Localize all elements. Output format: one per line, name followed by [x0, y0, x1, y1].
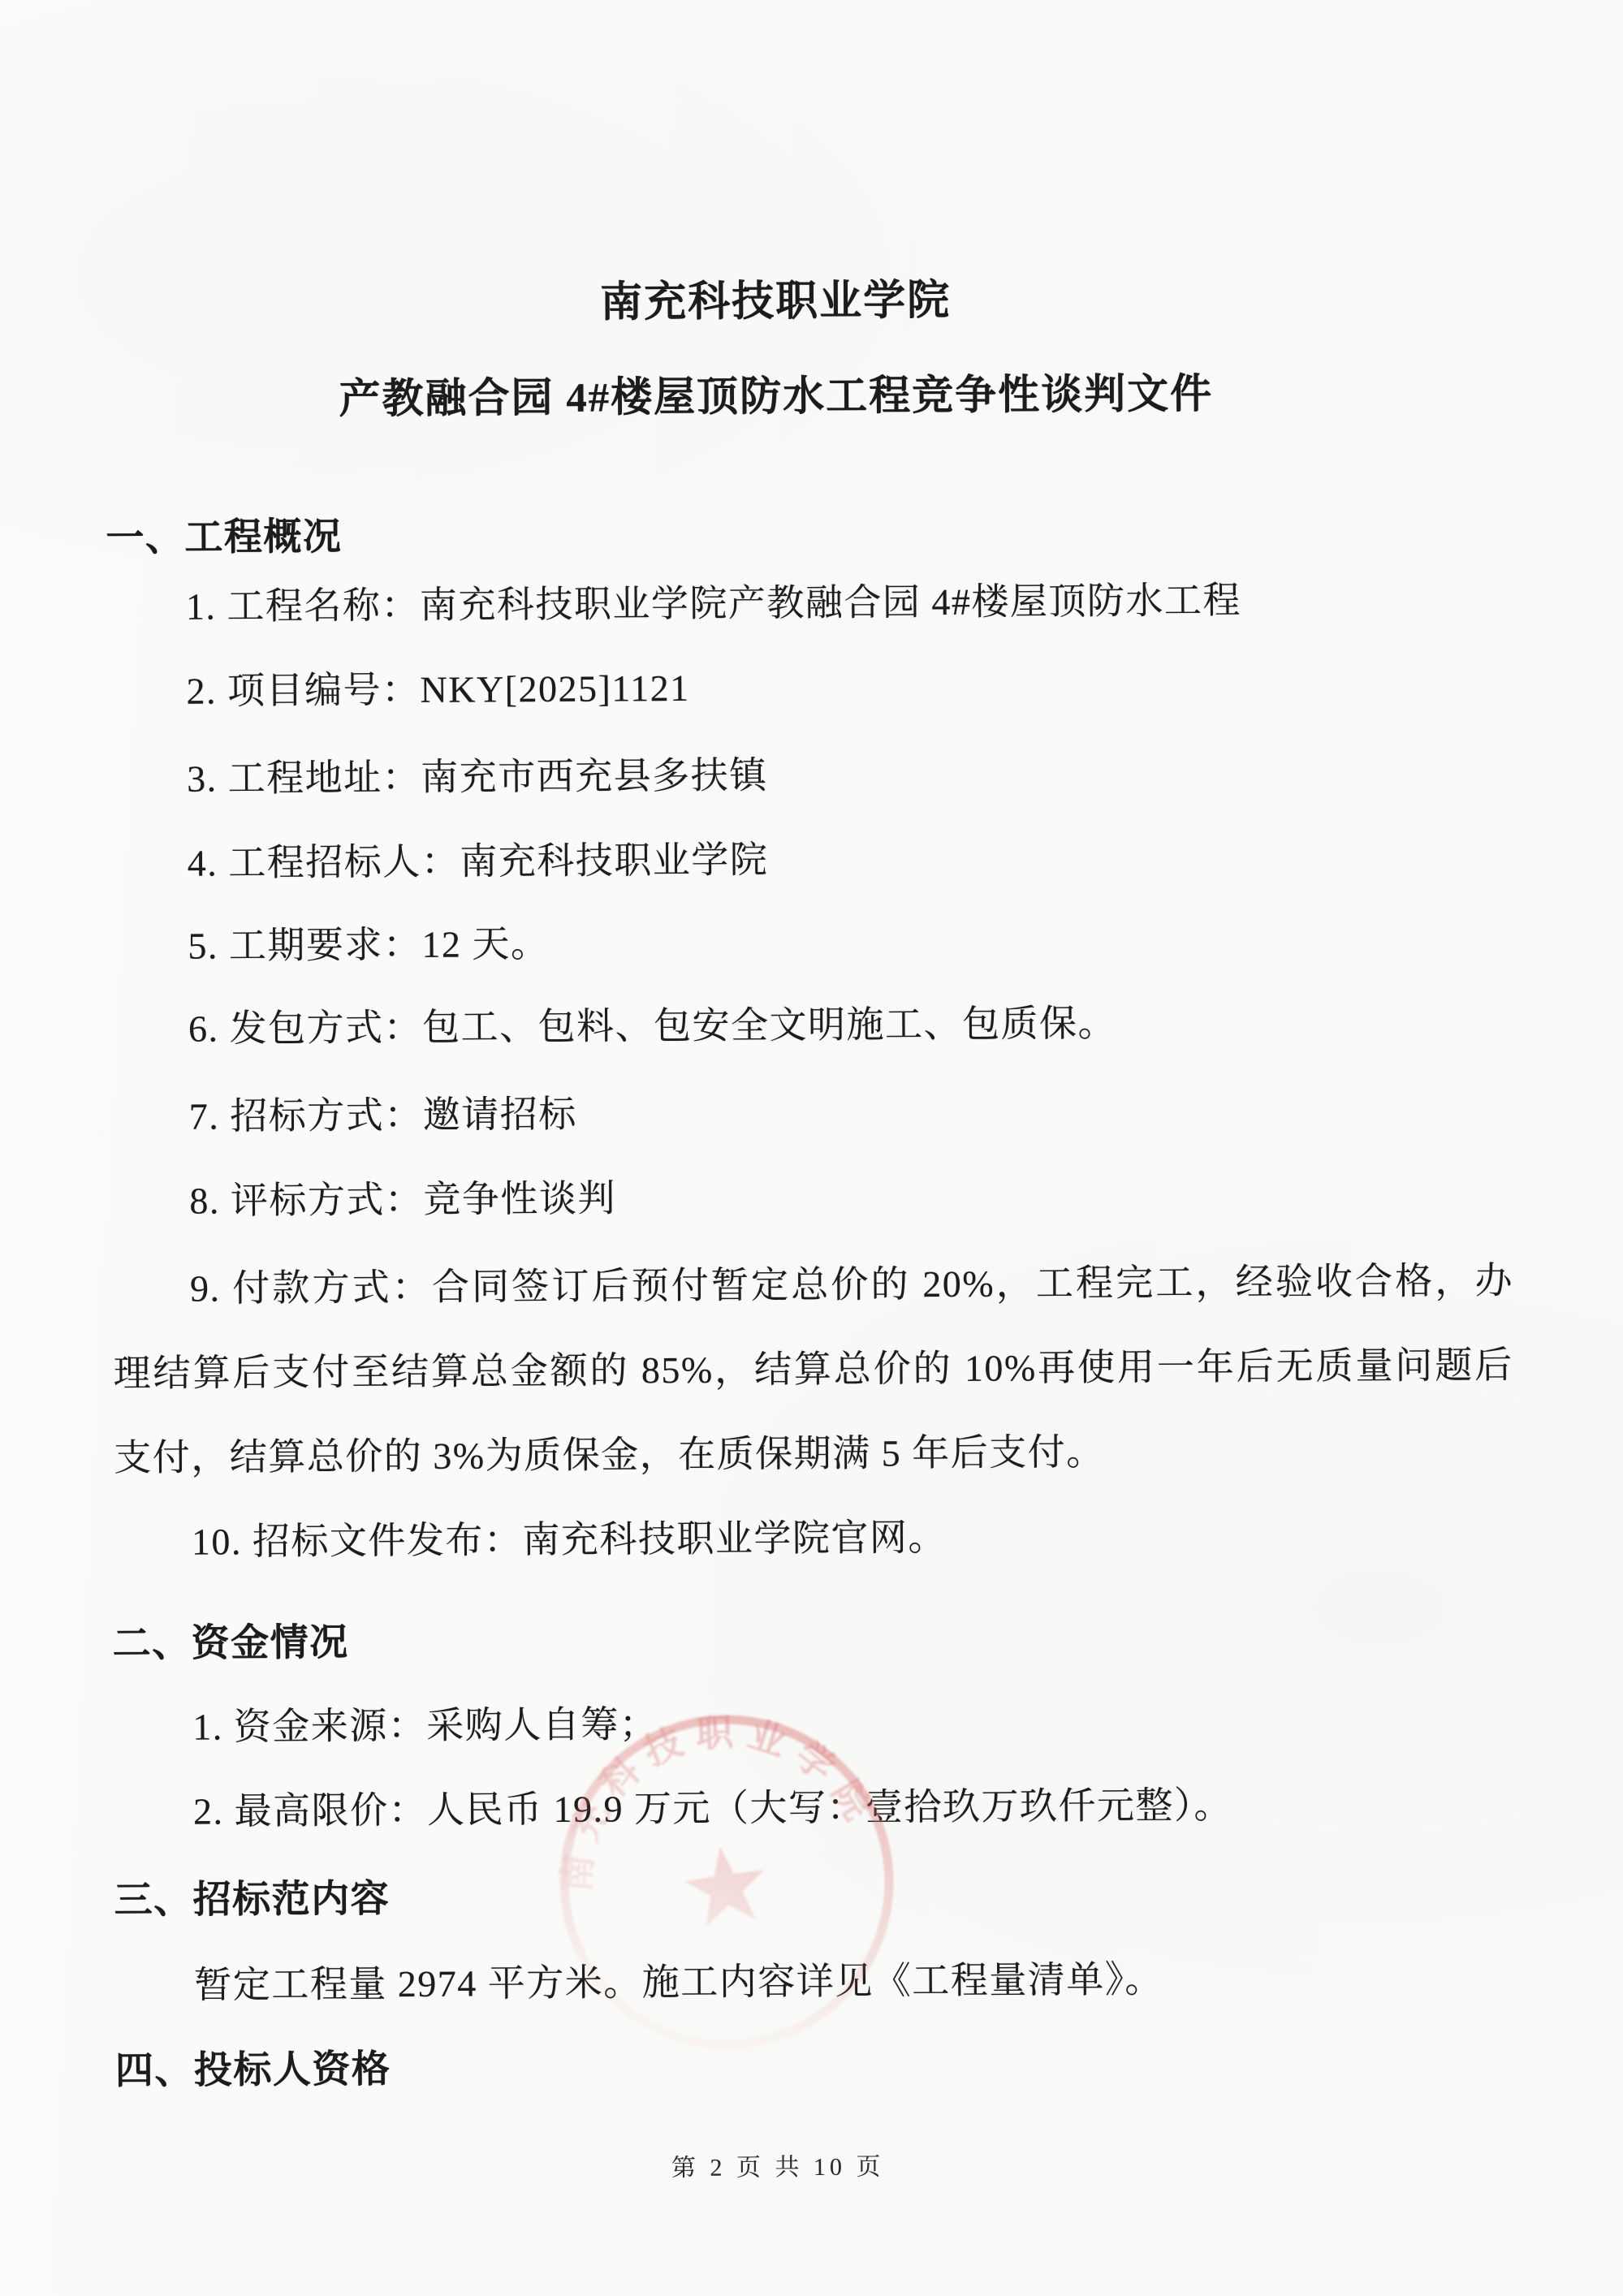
section1-item-7: 7. 招标方式：邀请招标: [189, 1085, 577, 1141]
section1-item-10: 10. 招标文件发布：南充科技职业学院官网。: [192, 1508, 947, 1566]
section3-body: 暂定工程量 2974 平方米。施工内容详见《工程量清单》。: [194, 1949, 1163, 2009]
section1-item-3: 3. 工程地址：南充市西充县多扶镇: [187, 745, 768, 802]
section3-heading: 三、招标范内容: [114, 1868, 390, 1924]
section4-heading: 四、投标人资格: [115, 2039, 391, 2095]
doc-title-line1: 南充科技职业学院: [0, 261, 1587, 332]
section2-heading: 二、资金情况: [112, 1612, 348, 1668]
page-number-footer: 第 2 页 共 10 页: [0, 2142, 1590, 2187]
section2-item-2: 2. 最高限价：人民币 19.9 万元（大写：壹拾玖万玖仟元整）。: [193, 1776, 1232, 1836]
document-page: 南充科技职业学院 产教融合园 4#楼屋顶防水工程竞争性谈判文件 一、工程概况 1…: [0, 0, 1623, 2296]
section1-item-5: 5. 工期要求：12 天。: [188, 914, 549, 970]
section1-item-9-line1: 9. 付款方式：合同签订后预付暂定总价的 20%，工程完工，经验收合格，办: [190, 1251, 1513, 1310]
section1-item-6: 6. 发包方式：包工、包料、包安全文明施工、包质保。: [188, 994, 1116, 1053]
section1-item-9-line3: 支付，结算总价的 3%为质保金，在质保期满 5 年后支付。: [114, 1422, 1105, 1482]
doc-title-line2: 产教融合园 4#楼屋顶防水工程竞争性谈判文件: [0, 357, 1588, 427]
section1-item-4: 4. 工程招标人：南充科技职业学院: [188, 830, 769, 887]
section1-item-9-line2: 理结算后支付至结算总金额的 85%，结算总价的 10%再使用一年后无质量问题后: [113, 1336, 1513, 1395]
section1-item-8: 8. 评标方式：竞争性谈判: [189, 1168, 616, 1224]
section1-item-1: 1. 工程名称：南充科技职业学院产教融合园 4#楼屋顶防水工程: [186, 571, 1241, 631]
section1-item-2: 2. 项目编号：NKY[2025]1121: [186, 658, 689, 715]
section2-item-1: 1. 资金来源：采购人自筹；: [192, 1694, 658, 1750]
section1-heading: 一、工程概况: [106, 507, 342, 563]
document-content: 南充科技职业学院 产教融合园 4#楼屋顶防水工程竞争性谈判文件 一、工程概况 1…: [0, 0, 1623, 2296]
